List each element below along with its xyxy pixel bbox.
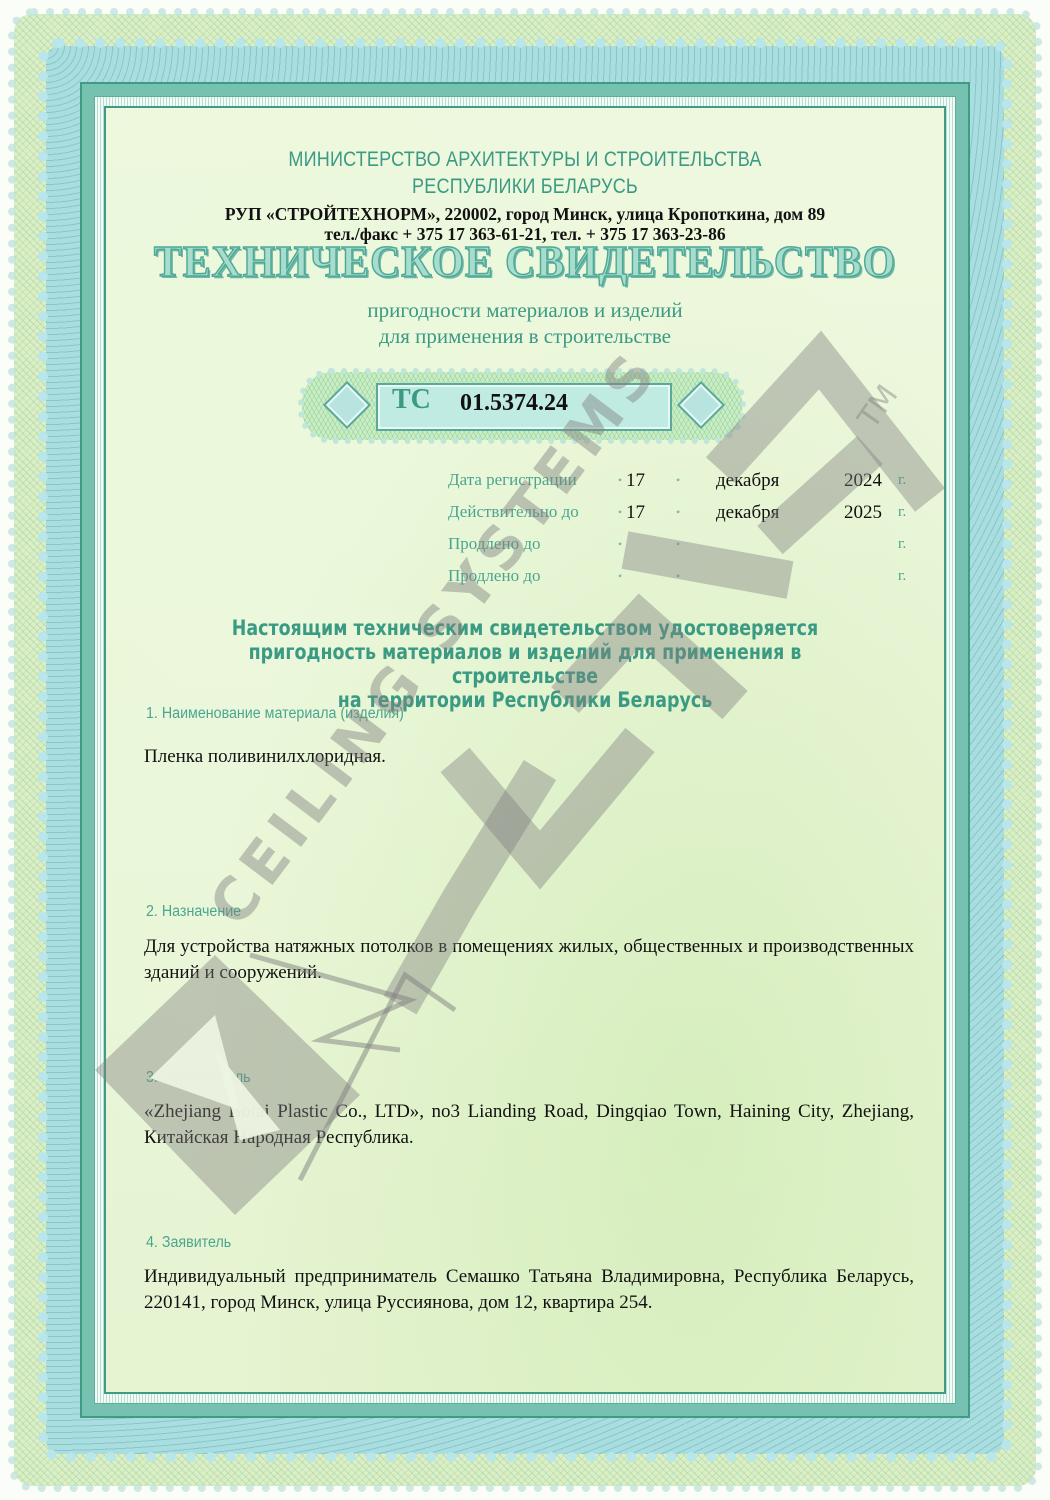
diamond-ornament-left-icon (323, 381, 371, 429)
certificate-prefix: ТС (392, 384, 431, 416)
certificate-page: МИНИСТЕРСТВО АРХИТЕКТУРЫ И СТРОИТЕЛЬСТВА… (106, 108, 944, 1392)
date-row-valid-until: Действительно до •• 17 декабря 2025 г. (106, 502, 944, 530)
organization-address: РУП «СТРОЙТЕХНОРМ», 220002, город Минск,… (106, 204, 944, 225)
section-label-applicant: 4. Заявитель (146, 1234, 231, 1252)
section-value-material: Пленка поливинилхлоридная. (144, 744, 914, 770)
diamond-ornament-right-icon (677, 381, 725, 429)
section-value-applicant: Индивидуальный предприниматель Семашко Т… (144, 1264, 914, 1316)
section-value-manufacturer: «Zhejiang Botai Plastic Co., LTD», no3 L… (144, 1099, 914, 1151)
section-value-purpose: Для устройства натяжных потолков в помещ… (144, 934, 914, 986)
certification-statement: Настоящим техническим свидетельством удо… (177, 616, 873, 712)
ministry-name-line2: РЕСПУБЛИКИ БЕЛАРУСЬ (165, 175, 886, 199)
date-row-extended-2: Продлено до •• г. (106, 566, 944, 594)
section-label-material: 1. Наименование материала (изделия) (146, 705, 404, 723)
certificate-number: 01.5374.24 (460, 390, 568, 417)
section-label-manufacturer: 3. Изготовитель (146, 1069, 251, 1087)
section-label-purpose: 2. Назначение (146, 903, 241, 921)
subtitle-line2: для применения в строительстве (106, 324, 944, 349)
document-title: ТЕХНИЧЕСКОЕ СВИДЕТЕЛЬСТВО (127, 236, 923, 287)
subtitle-line1: пригодности материалов и изделий (106, 298, 944, 323)
ministry-name-line1: МИНИСТЕРСТВО АРХИТЕКТУРЫ И СТРОИТЕЛЬСТВА (165, 148, 886, 172)
date-row-extended-1: Продлено до •• г. (106, 534, 944, 562)
certificate-number-plate: ТС 01.5374.24 (302, 372, 742, 440)
date-row-registration: Дата регистрации •• 17 декабря 2024 г. (106, 470, 944, 498)
